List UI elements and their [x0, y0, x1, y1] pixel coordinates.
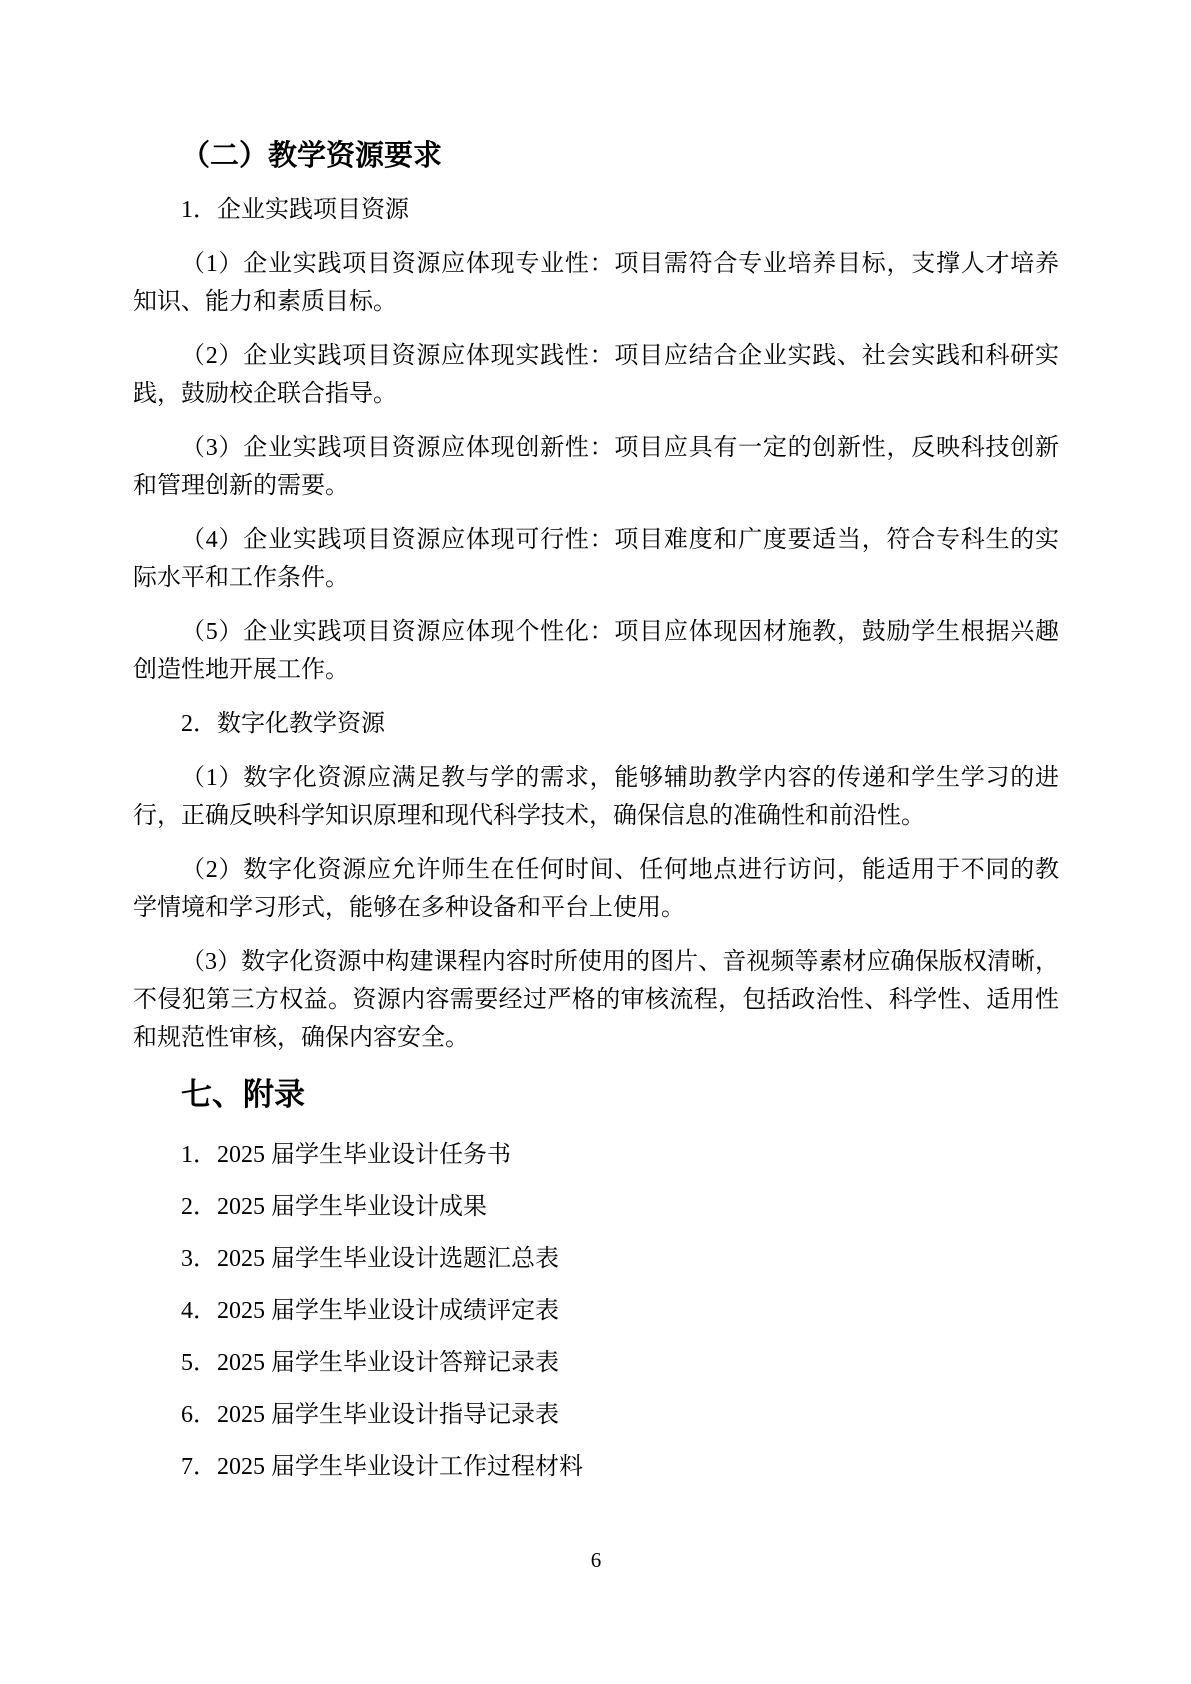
- text-line: （2）数字化资源应允许师生在任何时间、任何地点进行访问，能适用于不同的教: [133, 851, 1059, 889]
- text-line: 践，鼓励校企联合指导。: [133, 375, 1059, 413]
- text-line: （1）企业实践项目资源应体现专业性：项目需符合专业培养目标，支撑人才培养: [133, 245, 1059, 283]
- paragraph: （2）企业实践项目资源应体现实践性：项目应结合企业实践、社会实践和科研实践，鼓励…: [133, 337, 1059, 413]
- text-line: （5）企业实践项目资源应体现个性化：项目应体现因材施教，鼓励学生根据兴趣: [133, 613, 1059, 651]
- text-line: 行，正确反映科学知识原理和现代科学技术，确保信息的准确性和前沿性。: [133, 797, 1059, 835]
- text-line: 知识、能力和素质目标。: [133, 283, 1059, 321]
- paragraph: 2．数字化教学资源: [133, 705, 1059, 743]
- appendix-list: 1．2025 届学生毕业设计任务书2．2025 届学生毕业设计成果3．2025 …: [133, 1136, 1059, 1486]
- text-line: 创造性地开展工作。: [133, 651, 1059, 689]
- text-line: 际水平和工作条件。: [133, 559, 1059, 597]
- paragraph: （3）数字化资源中构建课程内容时所使用的图片、音视频等素材应确保版权清晰，不侵犯…: [133, 943, 1059, 1057]
- text-line: 和规范性审核，确保内容安全。: [133, 1019, 1059, 1057]
- paragraph: （1）企业实践项目资源应体现专业性：项目需符合专业培养目标，支撑人才培养知识、能…: [133, 245, 1059, 321]
- text-line: （3）企业实践项目资源应体现创新性：项目应具有一定的创新性，反映科技创新: [133, 429, 1059, 467]
- text-line: （4）企业实践项目资源应体现可行性：项目难度和广度要适当，符合专科生的实: [133, 521, 1059, 559]
- appendix-heading: 七、附录: [133, 1073, 1059, 1117]
- text-line: （2）企业实践项目资源应体现实践性：项目应结合企业实践、社会实践和科研实: [133, 337, 1059, 375]
- text-line: 2．数字化教学资源: [133, 705, 1059, 743]
- paragraph: （3）企业实践项目资源应体现创新性：项目应具有一定的创新性，反映科技创新和管理创…: [133, 429, 1059, 505]
- paragraph: （4）企业实践项目资源应体现可行性：项目难度和广度要适当，符合专科生的实际水平和…: [133, 521, 1059, 597]
- document-content: （二）教学资源要求 1．企业实践项目资源（1）企业实践项目资源应体现专业性：项目…: [133, 137, 1059, 1500]
- paragraph: （1）数字化资源应满足教与学的需求，能够辅助教学内容的传递和学生学习的进行，正确…: [133, 759, 1059, 835]
- text-line: 不侵犯第三方权益。资源内容需要经过严格的审核流程，包括政治性、科学性、适用性: [133, 981, 1059, 1019]
- paragraph: 1．企业实践项目资源: [133, 191, 1059, 229]
- text-line: 学情境和学习形式，能够在多种设备和平台上使用。: [133, 889, 1059, 927]
- text-line: （1）数字化资源应满足教与学的需求，能够辅助教学内容的传递和学生学习的进: [133, 759, 1059, 797]
- text-line: 1．企业实践项目资源: [133, 191, 1059, 229]
- appendix-item: 5．2025 届学生毕业设计答辩记录表: [133, 1344, 1059, 1382]
- text-line: （3）数字化资源中构建课程内容时所使用的图片、音视频等素材应确保版权清晰，: [133, 943, 1059, 981]
- appendix-item: 1．2025 届学生毕业设计任务书: [133, 1136, 1059, 1174]
- body-text: 1．企业实践项目资源（1）企业实践项目资源应体现专业性：项目需符合专业培养目标，…: [133, 191, 1059, 1057]
- page-number: 6: [133, 1541, 1059, 1579]
- appendix-item: 2．2025 届学生毕业设计成果: [133, 1188, 1059, 1226]
- appendix-item: 6．2025 届学生毕业设计指导记录表: [133, 1396, 1059, 1434]
- appendix-item: 7．2025 届学生毕业设计工作过程材料: [133, 1448, 1059, 1486]
- appendix-item: 4．2025 届学生毕业设计成绩评定表: [133, 1292, 1059, 1330]
- text-line: 和管理创新的需要。: [133, 467, 1059, 505]
- document-page: （二）教学资源要求 1．企业实践项目资源（1）企业实践项目资源应体现专业性：项目…: [0, 0, 1191, 1684]
- paragraph: （2）数字化资源应允许师生在任何时间、任何地点进行访问，能适用于不同的教学情境和…: [133, 851, 1059, 927]
- paragraph: （5）企业实践项目资源应体现个性化：项目应体现因材施教，鼓励学生根据兴趣创造性地…: [133, 613, 1059, 689]
- section-heading: （二）教学资源要求: [133, 137, 1059, 175]
- appendix-item: 3．2025 届学生毕业设计选题汇总表: [133, 1240, 1059, 1278]
